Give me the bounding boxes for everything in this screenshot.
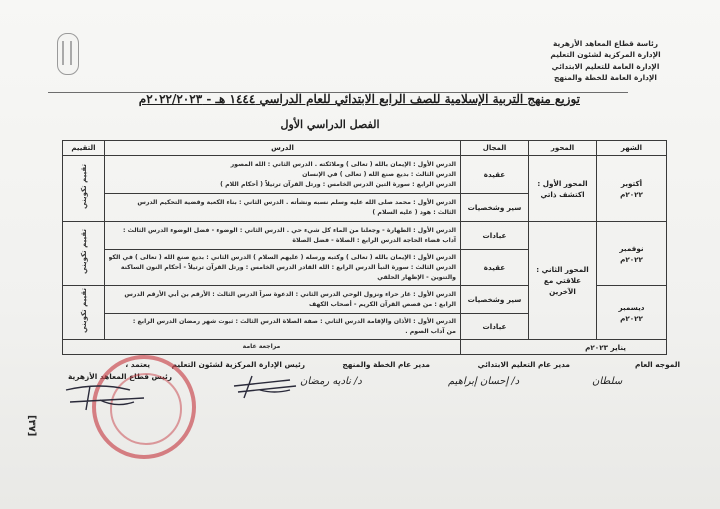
domain-cell: عبادات: [461, 222, 529, 250]
assessment-cell: تقييم تكويني: [63, 156, 105, 222]
month-year: ٢٠٢٢م: [601, 254, 662, 265]
month-label: ديسمبر: [601, 302, 662, 313]
lesson-line: الدرس الأول : الإيمان بالله ( تعالى ) وك…: [109, 253, 456, 263]
handwritten-signature-supervisor: سلطان: [592, 376, 622, 387]
table-row: نوفمبر ٢٠٢٢م المحور الثاني : علاقتي مع ا…: [63, 222, 667, 250]
lesson-line: الدرس الأول : محمد صلى الله عليه وسلم نس…: [109, 198, 456, 208]
lesson-line: الرابع : من قصص القرآن الكريم - أصحاب ال…: [109, 300, 456, 310]
header-line-2: الإدارة المركزية لشئون التعليم: [533, 49, 678, 60]
handwritten-signature-plan: د/ ناديه رمضان: [300, 376, 362, 387]
month-cell: أكتوبر ٢٠٢٢م: [597, 156, 667, 222]
handwritten-signature-primary: د/ إحسان إبراهيم: [448, 376, 519, 387]
lesson-cell: الدرس الأول : محمد صلى الله عليه وسلم نس…: [105, 194, 461, 222]
header-month: الشهر: [597, 141, 667, 156]
header-line-4: الإدارة العامة للخطة والمنهج: [533, 72, 678, 83]
lesson-cell: الدرس الأول : الإيمان بالله ( تعالى ) وك…: [105, 250, 461, 286]
assessment-label: تقييم تكويني: [79, 229, 89, 274]
domain-cell: عقيدة: [461, 250, 529, 286]
axis-cell: المحور الأول : اكتشف ذاتي: [529, 156, 597, 222]
al-azhar-logo-icon: [57, 33, 79, 75]
month-cell: ديسمبر ٢٠٢٢م: [597, 286, 667, 340]
month-label: أكتوبر: [601, 178, 662, 189]
axis-cell: المحور الثاني : علاقتي مع الآخرين: [529, 222, 597, 340]
lesson-line: الدرس الرابع : سورة التين الدرس الخامس :…: [109, 180, 456, 190]
domain-cell: عبادات: [461, 314, 529, 340]
header-lesson: الدرس: [105, 141, 461, 156]
header-assessment: التقييم: [63, 141, 105, 156]
final-lesson-cell: مراجعة عامة: [63, 340, 461, 355]
institution-header: رئاسة قطاع المعاهد الأزهرية الإدارة المر…: [533, 38, 678, 83]
month-year: ٢٠٢٢م: [601, 189, 662, 200]
lesson-line: الثالث : هود ( عليه السلام ): [109, 208, 456, 218]
signature-scribble-icon: [60, 380, 150, 414]
domain-cell: عقيدة: [461, 156, 529, 194]
lesson-cell: الدرس الأول : الطهارة - وجعلنا من الماء …: [105, 222, 461, 250]
curriculum-table: الشهر المحور المجال الدرس التقييم أكتوبر…: [62, 140, 667, 355]
page-number: [٣٧]: [26, 415, 37, 436]
lesson-line: الدرس الأول : غار حراء ونزول الوحي الدرس…: [109, 290, 456, 300]
lesson-cell: الدرس الأول : الإيمان بالله ( تعالى ) وم…: [105, 156, 461, 194]
document-page: رئاسة قطاع المعاهد الأزهرية الإدارة المر…: [0, 0, 720, 509]
lesson-line: والتنوين - الإظهار الحلقي: [109, 273, 456, 283]
term-title: الفصل الدراسي الأول: [230, 118, 430, 131]
final-month-cell: يناير ٢٠٢٣م: [461, 340, 667, 355]
lesson-line: آداب قضاء الحاجة الدرس الرابع : الصلاة -…: [109, 236, 456, 246]
assessment-label: تقييم تكويني: [79, 288, 89, 333]
document-title: توزيع منهج التربية الإسلامية للصف الرابع…: [160, 92, 580, 106]
signature-central-head: رئيس الإدارة المركزية لشئون التعليم: [172, 360, 305, 369]
month-label: نوفمبر: [601, 243, 662, 254]
assessment-cell: تقييم تكويني: [63, 286, 105, 340]
month-cell: نوفمبر ٢٠٢٢م: [597, 222, 667, 286]
lesson-line: الدرس الثالث : سورة النبأ الدرس الرابع :…: [109, 263, 456, 273]
domain-cell: سير وشخصيات: [461, 286, 529, 314]
lesson-cell: الدرس الأول : غار حراء ونزول الوحي الدرس…: [105, 286, 461, 314]
header-domain: المجال: [461, 141, 529, 156]
lesson-line: الدرس الثالث : بديع صنع الله ( تعالى ) ف…: [109, 170, 456, 180]
signature-plan-director: مدير عام الخطة والمنهج: [342, 360, 430, 369]
signature-scribble-icon: [230, 372, 300, 400]
assessment-label: تقييم تكويني: [79, 164, 89, 209]
header-line-1: رئاسة قطاع المعاهد الأزهرية: [533, 38, 678, 49]
table-row: أكتوبر ٢٠٢٢م المحور الأول : اكتشف ذاتي ع…: [63, 156, 667, 194]
domain-cell: سير وشخصيات: [461, 194, 529, 222]
lesson-line: الدرس الأول : الأذان والإقامة الدرس الثا…: [109, 317, 456, 327]
table-header-row: الشهر المحور المجال الدرس التقييم: [63, 141, 667, 156]
signature-primary-director: مدير عام التعليم الابتدائي: [478, 360, 570, 369]
month-year: ٢٠٢٢م: [601, 313, 662, 324]
assessment-cell: تقييم تكويني: [63, 222, 105, 286]
header-line-3: الإدارة العامة للتعليم الابتدائي: [533, 61, 678, 72]
lesson-line: الدرس الأول : الطهارة - وجعلنا من الماء …: [109, 226, 456, 236]
table-row-final: يناير ٢٠٢٣م مراجعة عامة: [63, 340, 667, 355]
lesson-line: من آداب الصوم .: [109, 327, 456, 337]
signature-general-supervisor: الموجه العام: [635, 360, 680, 369]
lesson-cell: الدرس الأول : الأذان والإقامة الدرس الثا…: [105, 314, 461, 340]
lesson-line: الدرس الأول : الإيمان بالله ( تعالى ) وم…: [109, 160, 456, 170]
header-axis: المحور: [529, 141, 597, 156]
